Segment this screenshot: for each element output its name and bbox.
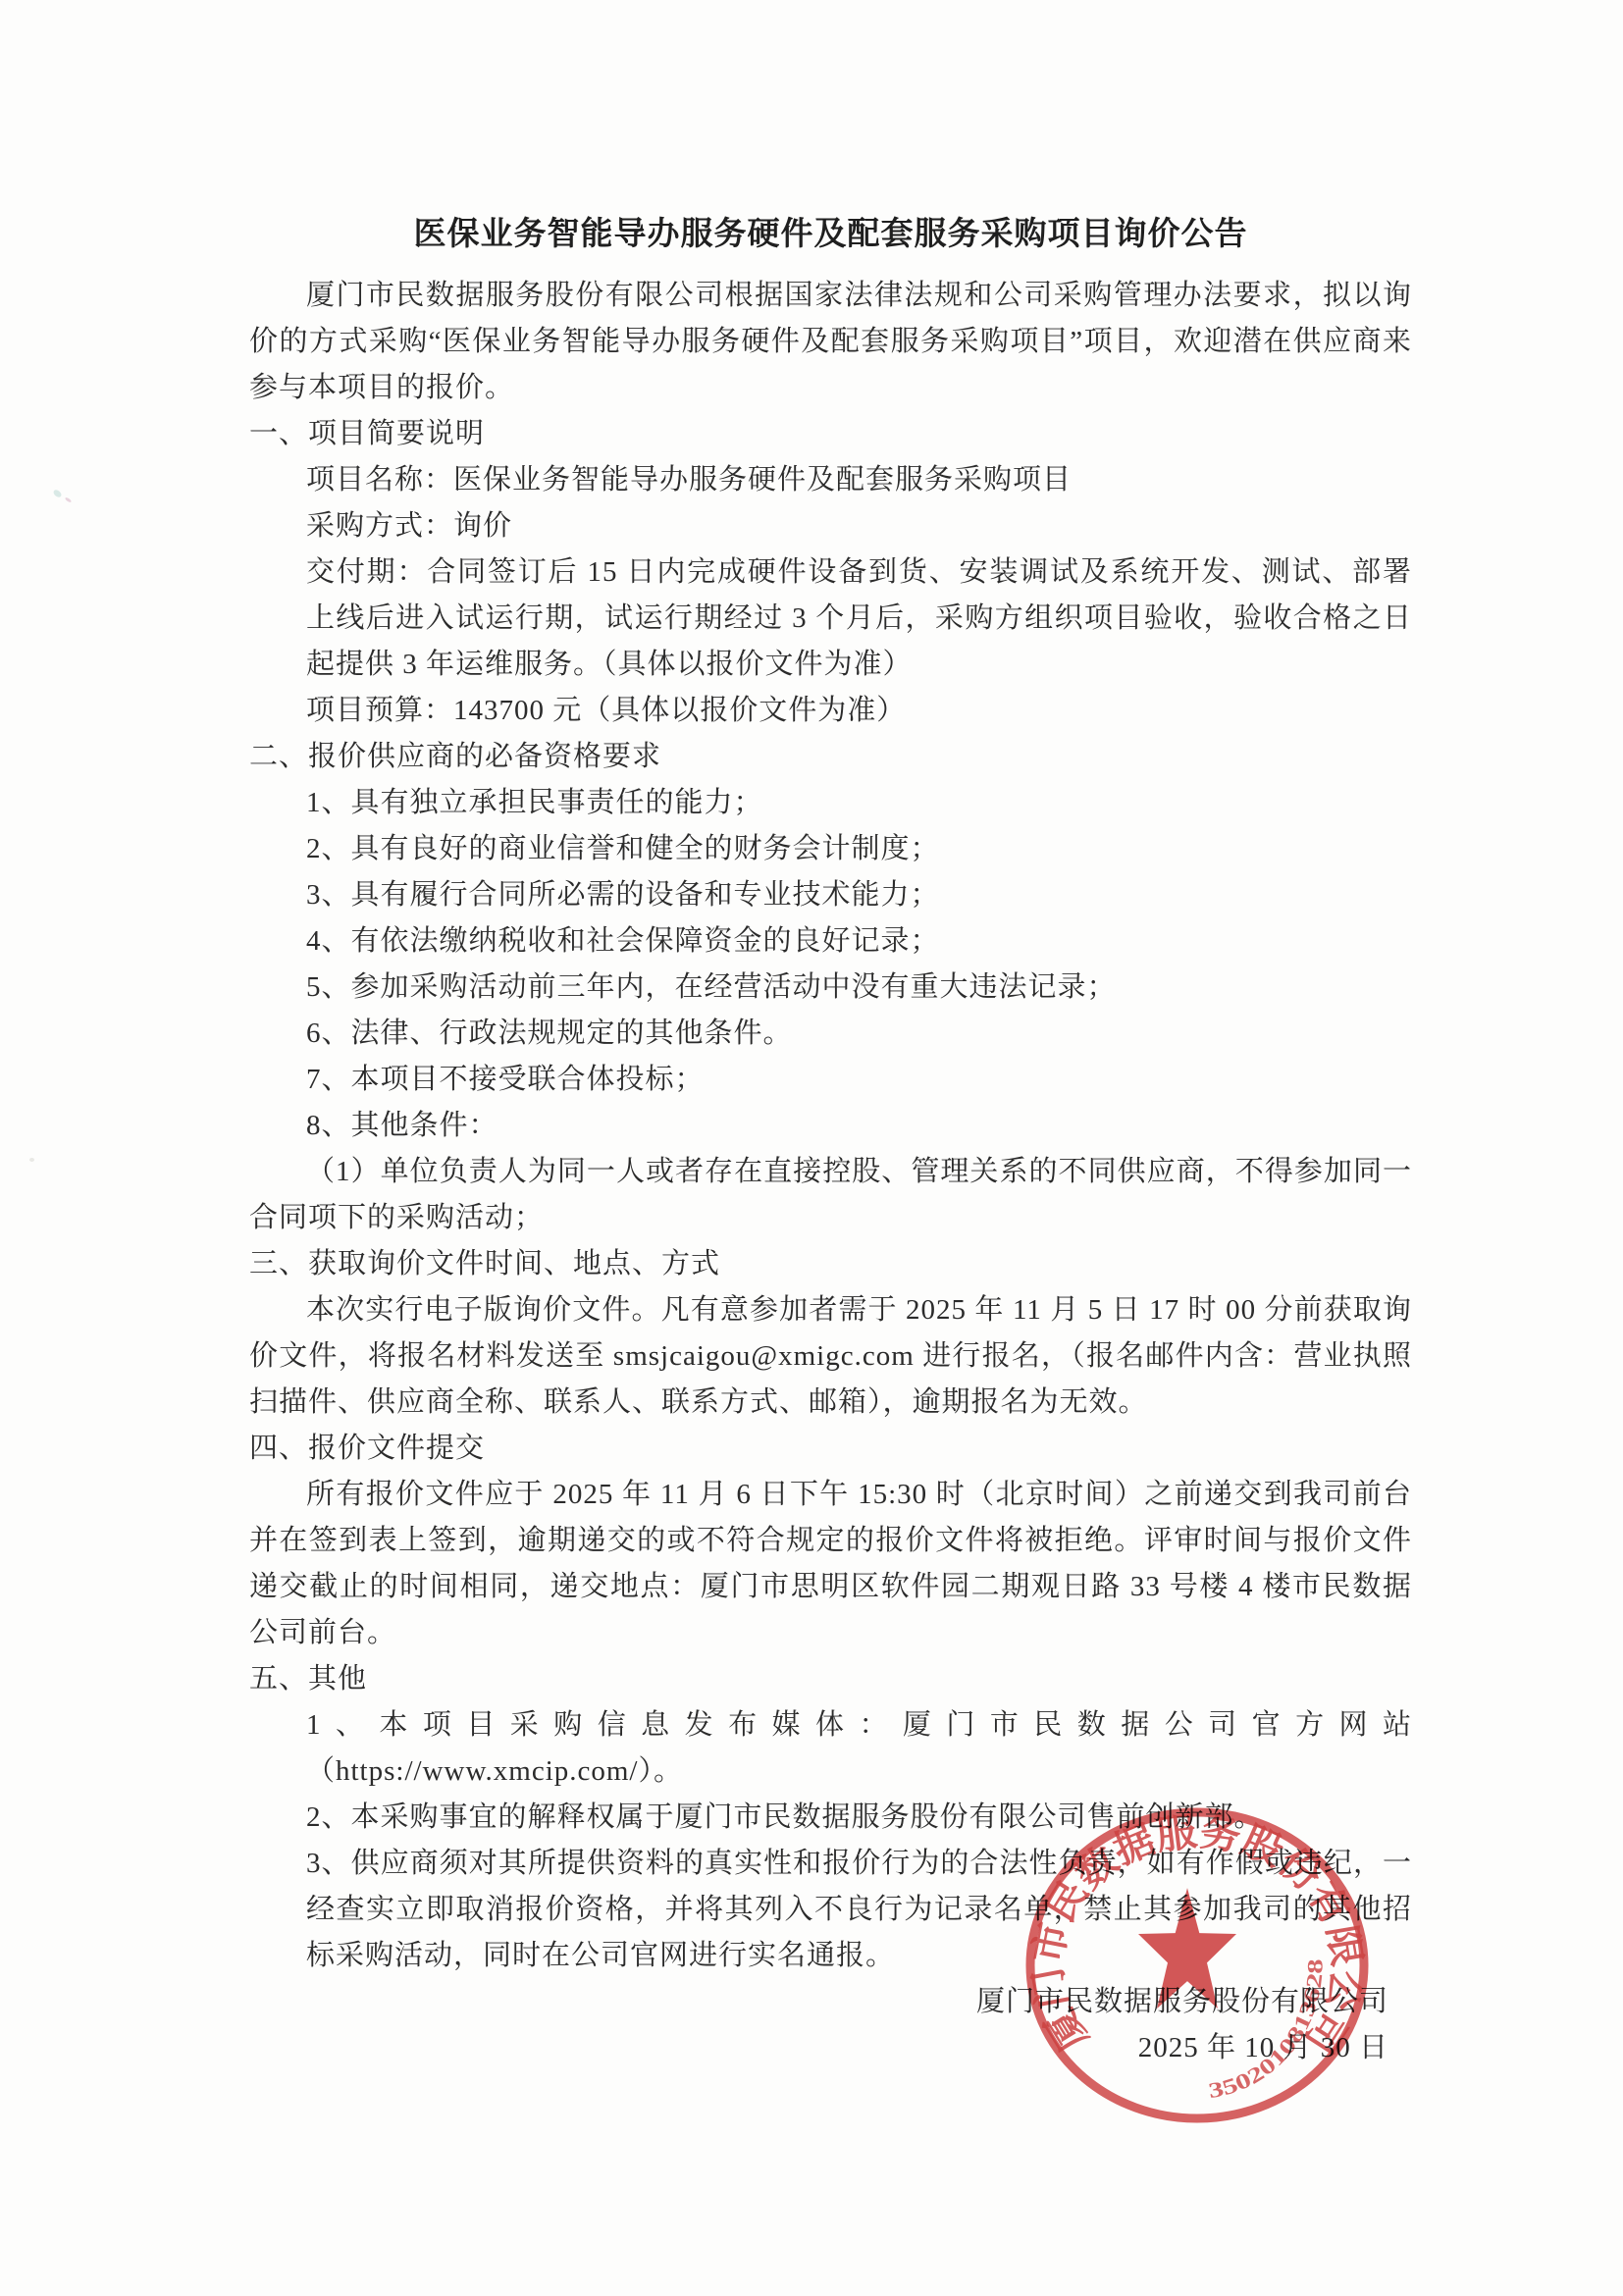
section-4-heading: 四、报价文件提交	[249, 1426, 1412, 1472]
qualification-item-6: 6、法律、行政法规规定的其他条件。	[306, 1011, 1412, 1057]
section-3-paragraph: 本次实行电子版询价文件。凡有意参加者需于 2025 年 11 月 5 日 17 …	[249, 1287, 1412, 1426]
qualification-sub-item: （1）单位负责人为同一人或者存在直接控股、管理关系的不同供应商，不得参加同一合同…	[249, 1149, 1412, 1241]
project-name-line: 项目名称：医保业务智能导办服务硬件及配套服务采购项目	[306, 457, 1412, 503]
section-4-paragraph: 所有报价文件应于 2025 年 11 月 6 日下午 15:30 时（北京时间）…	[249, 1472, 1412, 1656]
document-body: 医保业务智能导办服务硬件及配套服务采购项目询价公告 厦门市民数据服务股份有限公司…	[249, 212, 1412, 2071]
scanned-document-page: 医保业务智能导办服务硬件及配套服务采购项目询价公告 厦门市民数据服务股份有限公司…	[0, 0, 1623, 2296]
signature-block: 厦门市民数据服务股份有限公司 2025 年 10 月 30 日	[249, 1979, 1412, 2071]
section-2-heading: 二、报价供应商的必备资格要求	[249, 734, 1412, 780]
qualification-item-3: 3、具有履行合同所必需的设备和专业技术能力；	[306, 872, 1412, 918]
qualification-item-5: 5、参加采购活动前三年内，在经营活动中没有重大违法记录；	[306, 965, 1412, 1011]
qualification-item-1: 1、具有独立承担民事责任的能力；	[306, 780, 1412, 826]
signature-company: 厦门市民数据服务股份有限公司	[249, 1979, 1388, 2025]
delivery-period-block: 交付期：合同签订后 15 日内完成硬件设备到货、安装调试及系统开发、测试、部署上…	[306, 549, 1412, 688]
procurement-method-line: 采购方式：询价	[306, 503, 1412, 549]
other-item-2: 2、本采购事宜的解释权属于厦门市民数据服务股份有限公司售前创新部。	[306, 1795, 1412, 1841]
scan-artifact-speck	[52, 489, 63, 498]
qualification-item-8: 8、其他条件：	[306, 1103, 1412, 1149]
qualification-item-4: 4、有依法缴纳税收和社会保障资金的良好记录；	[306, 918, 1412, 965]
section-5-heading: 五、其他	[249, 1656, 1412, 1702]
section-3-heading: 三、获取询价文件时间、地点、方式	[249, 1241, 1412, 1287]
document-title: 医保业务智能导办服务硬件及配套服务采购项目询价公告	[249, 212, 1412, 258]
other-item-1: 1、本项目采购信息发布媒体：厦门市民数据公司官方网站（https://www.x…	[306, 1702, 1412, 1795]
scan-artifact-speck	[29, 1158, 34, 1162]
other-item-3: 3、供应商须对其所提供资料的真实性和报价行为的合法性负责，如有作假或违纪，一经查…	[306, 1841, 1412, 1979]
project-budget-line: 项目预算：143700 元（具体以报价文件为准）	[306, 688, 1412, 734]
qualification-item-7: 7、本项目不接受联合体投标；	[306, 1057, 1412, 1103]
section-1-heading: 一、项目简要说明	[249, 411, 1412, 457]
qualification-item-2: 2、具有良好的商业信誉和健全的财务会计制度；	[306, 826, 1412, 872]
signature-date: 2025 年 10 月 30 日	[249, 2025, 1388, 2071]
intro-paragraph: 厦门市民数据服务股份有限公司根据国家法律法规和公司采购管理办法要求，拟以询价的方…	[249, 273, 1412, 411]
scan-artifact-speck	[65, 496, 72, 502]
